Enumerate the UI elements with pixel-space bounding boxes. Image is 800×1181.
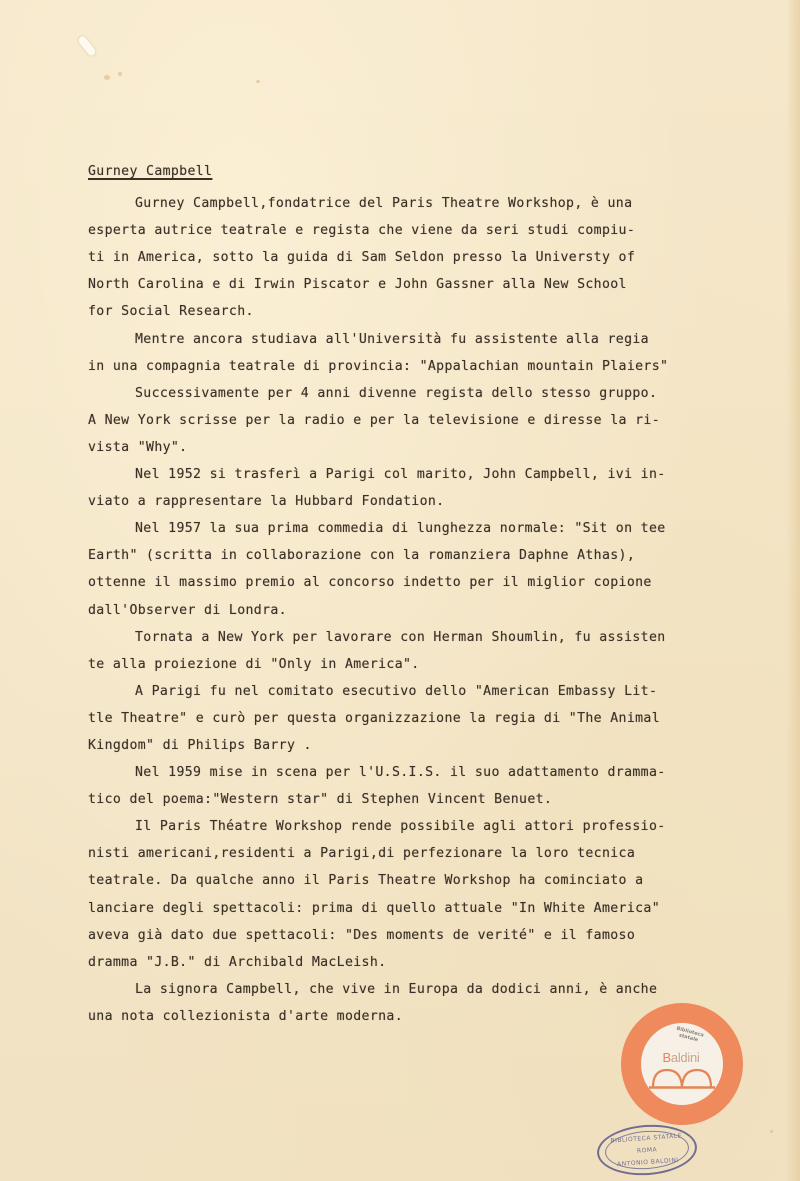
stamp-name: Baldini bbox=[646, 1050, 716, 1065]
text-line: La signora Campbell, che vive in Europa … bbox=[88, 976, 748, 1003]
paper-stain bbox=[770, 1130, 773, 1133]
text-line: teatrale. Da qualche anno il Paris Theat… bbox=[88, 867, 748, 894]
text-line: Nel 1957 la sua prima commedia di lunghe… bbox=[88, 515, 748, 542]
text-line: A Parigi fu nel comitato esecutivo dello… bbox=[88, 678, 748, 705]
text-line: North Carolina e di Irwin Piscator e Joh… bbox=[88, 271, 748, 298]
biblioteca-statale-oval-stamp: BIBLIOTECA STATALE ROMA ANTONIO BALDINI bbox=[595, 1122, 698, 1179]
stamp-name-rest: aldini bbox=[671, 1050, 700, 1065]
text-line: Nel 1959 mise in scena per l'U.S.I.S. il… bbox=[88, 759, 748, 786]
paper-stain bbox=[104, 75, 110, 80]
document-title: Gurney Campbell bbox=[88, 158, 748, 185]
text-line: vista "Why". bbox=[88, 434, 748, 461]
paper-stain bbox=[118, 72, 122, 76]
text-line: A New York scrisse per la radio e per la… bbox=[88, 407, 748, 434]
text-line: ottenne il massimo premio al concorso in… bbox=[88, 569, 748, 596]
text-line: for Social Research. bbox=[88, 298, 748, 325]
text-lines: Gurney Campbell,fondatrice del Paris The… bbox=[88, 190, 748, 1030]
text-line: viato a rappresentare la Hubbard Fondati… bbox=[88, 488, 748, 515]
paper-tear-mark bbox=[77, 35, 97, 57]
text-line: tico del poema:"Western star" di Stephen… bbox=[88, 786, 748, 813]
text-line: ti in America, sotto la guida di Sam Sel… bbox=[88, 244, 748, 271]
text-line: esperta autrice teatrale e regista che v… bbox=[88, 217, 748, 244]
text-line: Nel 1952 si trasferì a Parigi col marito… bbox=[88, 461, 748, 488]
text-line: Mentre ancora studiava all'Università fu… bbox=[88, 326, 748, 353]
text-line: tle Theatre" e curò per questa organizza… bbox=[88, 705, 748, 732]
text-line: Successivamente per 4 anni divenne regis… bbox=[88, 380, 748, 407]
open-book-icon bbox=[647, 1066, 717, 1090]
text-line: Tornata a New York per lavorare con Herm… bbox=[88, 624, 748, 651]
text-line: lanciare degli spettacoli: prima di quel… bbox=[88, 895, 748, 922]
text-line: dall'Observer di Londra. bbox=[88, 597, 748, 624]
text-line: nisti americani,residenti a Parigi,di pe… bbox=[88, 840, 748, 867]
text-line: dramma "J.B." di Archibald MacLeish. bbox=[88, 949, 748, 976]
paper-stain bbox=[256, 80, 260, 83]
text-line: Earth" (scritta in collaborazione con la… bbox=[88, 542, 748, 569]
text-line: in una compagnia teatrale di provincia: … bbox=[88, 353, 748, 380]
text-line: Kingdom" di Philips Barry . bbox=[88, 732, 748, 759]
typed-text-body: Gurney Campbell Gurney Campbell,fondatri… bbox=[88, 158, 748, 1030]
text-line: Il Paris Théatre Workshop rende possibil… bbox=[88, 813, 748, 840]
text-line: te alla proiezione di "Only in America". bbox=[88, 651, 748, 678]
text-line: aveva già dato due spettacoli: "Des mome… bbox=[88, 922, 748, 949]
document-page: Gurney Campbell Gurney Campbell,fondatri… bbox=[0, 0, 800, 1181]
text-line: Gurney Campbell,fondatrice del Paris The… bbox=[88, 190, 748, 217]
paper-edge-shadow bbox=[786, 0, 800, 1181]
stamp-name-initial: B bbox=[663, 1050, 671, 1065]
